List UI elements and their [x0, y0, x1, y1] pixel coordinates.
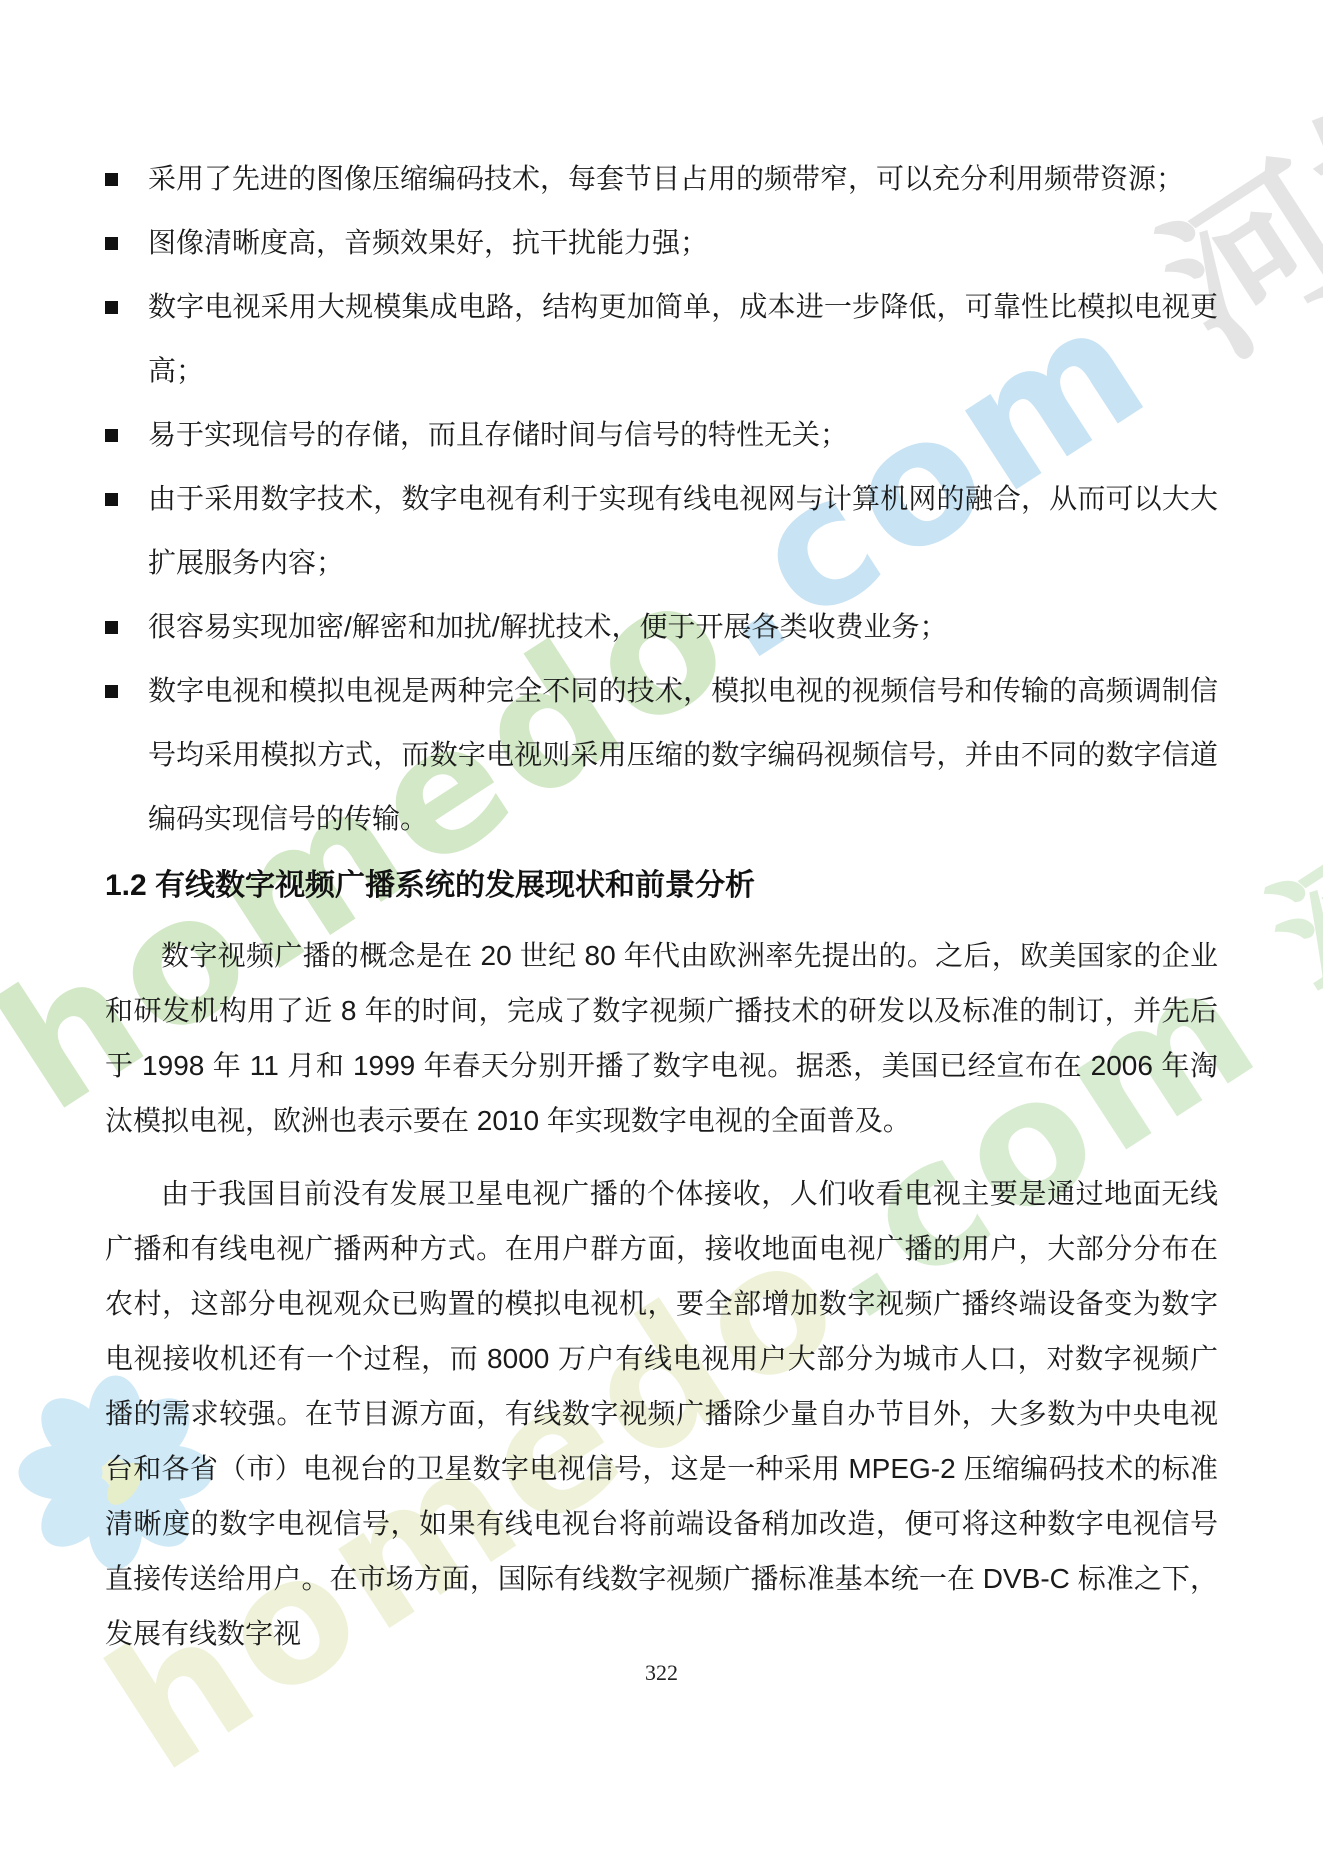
bullet-square-icon [105, 301, 118, 314]
paragraph: 数字视频广播的概念是在 20 世纪 80 年代由欧洲率先提出的。之后，欧美国家的… [105, 928, 1218, 1148]
bullet-text: 数字电视和模拟电视是两种完全不同的技术，模拟电视的视频信号和传输的高频调制信号均… [148, 659, 1218, 851]
section-heading: 1.2 有线数字视频广播系统的发展现状和前景分析 [105, 861, 1218, 911]
bullet-text: 采用了先进的图像压缩编码技术，每套节目占用的频带窄，可以充分利用频带资源； [148, 147, 1218, 211]
list-item: 由于采用数字技术，数字电视有利于实现有线电视网与计算机网的融合，从而可以大大扩展… [105, 467, 1218, 595]
list-item: 图像清晰度高，音频效果好，抗干扰能力强； [105, 211, 1218, 275]
page-number: 322 [0, 1660, 1323, 1686]
bullet-text: 很容易实现加密/解密和加扰/解扰技术，便于开展各类收费业务； [148, 595, 1218, 659]
document-page: { "bullets": [ "采用了先进的图像压缩编码技术，每套节目占用的频带… [0, 0, 1323, 1871]
list-item: 采用了先进的图像压缩编码技术，每套节目占用的频带窄，可以充分利用频带资源； [105, 147, 1218, 211]
bullet-text: 由于采用数字技术，数字电视有利于实现有线电视网与计算机网的融合，从而可以大大扩展… [148, 467, 1218, 595]
page-content: 采用了先进的图像压缩编码技术，每套节目占用的频带窄，可以充分利用频带资源； 图像… [105, 0, 1218, 1661]
bullet-text: 图像清晰度高，音频效果好，抗干扰能力强； [148, 211, 1218, 275]
bullet-text: 数字电视采用大规模集成电路，结构更加简单，成本进一步降低，可靠性比模拟电视更高； [148, 275, 1218, 403]
feature-bullet-list: 采用了先进的图像压缩编码技术，每套节目占用的频带窄，可以充分利用频带资源； 图像… [105, 147, 1218, 851]
list-item: 数字电视采用大规模集成电路，结构更加简单，成本进一步降低，可靠性比模拟电视更高； [105, 275, 1218, 403]
bullet-square-icon [105, 621, 118, 634]
paragraph: 由于我国目前没有发展卫星电视广播的个体接收，人们收看电视主要是通过地面无线广播和… [105, 1166, 1218, 1661]
bullet-square-icon [105, 685, 118, 698]
bullet-square-icon [105, 493, 118, 506]
bullet-square-icon [105, 429, 118, 442]
list-item: 易于实现信号的存储，而且存储时间与信号的特性无关； [105, 403, 1218, 467]
list-item: 数字电视和模拟电视是两种完全不同的技术，模拟电视的视频信号和传输的高频调制信号均… [105, 659, 1218, 851]
bullet-square-icon [105, 173, 118, 186]
bullet-text: 易于实现信号的存储，而且存储时间与信号的特性无关； [148, 403, 1218, 467]
list-item: 很容易实现加密/解密和加扰/解扰技术，便于开展各类收费业务； [105, 595, 1218, 659]
bullet-square-icon [105, 237, 118, 250]
